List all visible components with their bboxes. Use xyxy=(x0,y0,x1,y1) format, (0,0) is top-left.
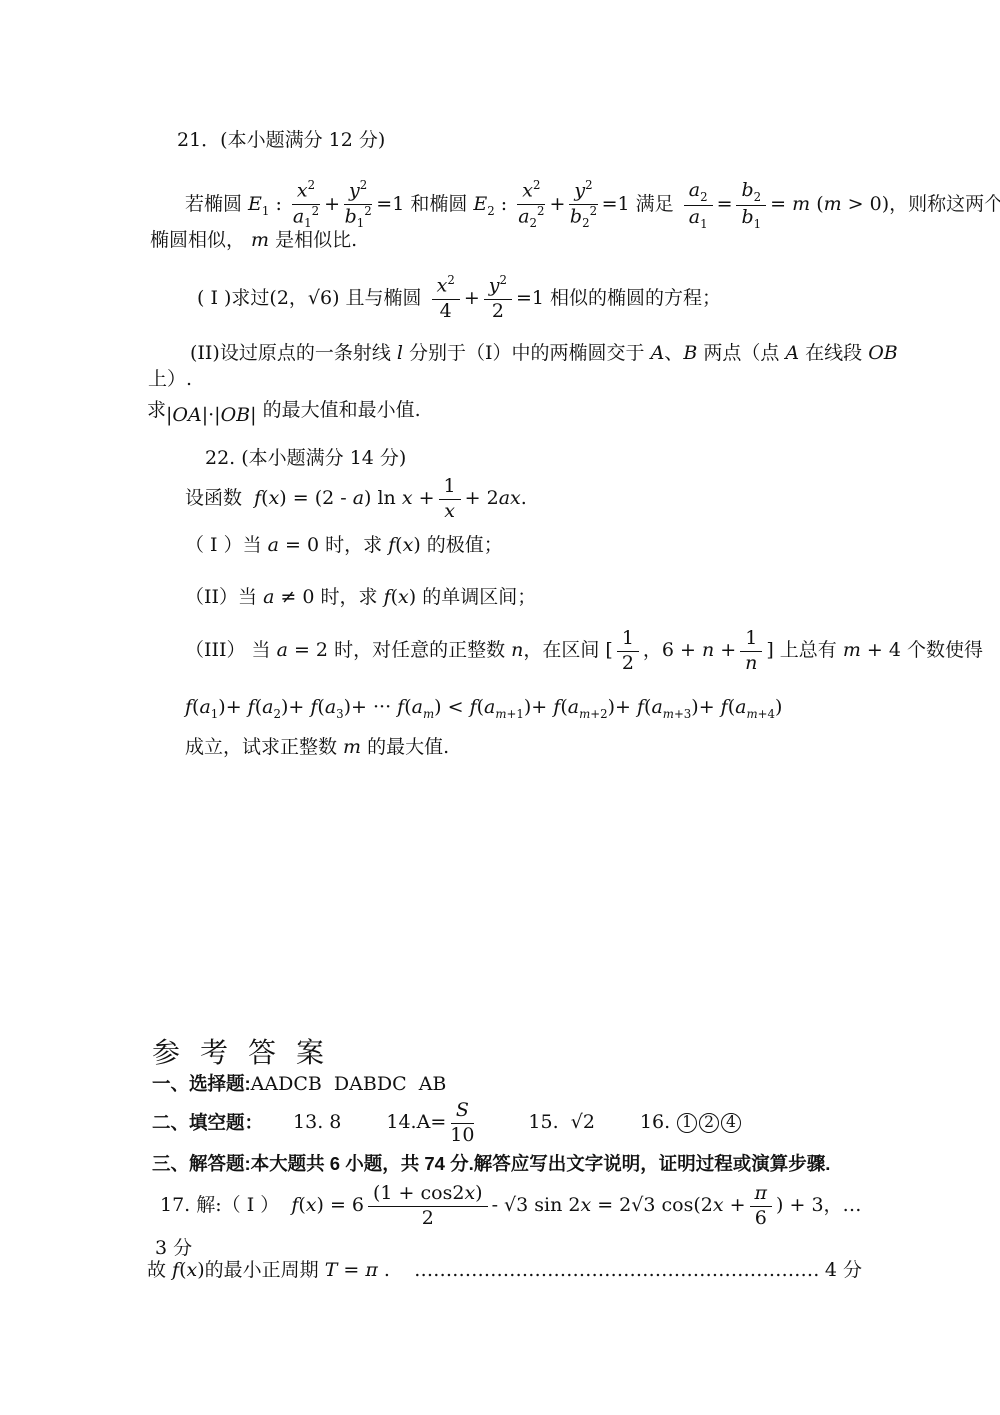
answer-item-16-pre: 16. xyxy=(640,1110,676,1136)
q21-intro-wrap-text: 椭圆相似， m 是相似比. xyxy=(150,228,357,254)
q22-func-post: + 2ax. xyxy=(465,486,527,512)
fraction-numerator: b2 xyxy=(736,180,766,206)
fraction-1pluscos2x-2: (1 + cos2x) 2 xyxy=(368,1183,488,1230)
fraction-denominator: 6 xyxy=(755,1207,767,1230)
answers-section2: 二、填空题： 13. 8 14.A= S 10 15. √2 16. 1 2 4 xyxy=(152,1098,742,1148)
q21-intro-eq4: = m (m > 0)， xyxy=(770,192,908,218)
q21-part1-post: 相似的椭圆的方程； xyxy=(544,286,721,312)
fraction-pi-6: π 6 xyxy=(750,1183,773,1230)
q22-part1-text: （ I ）当 a = 0 时，求 f(x) 的极值； xyxy=(185,533,503,559)
answers-heading: 参考答案 xyxy=(152,1034,344,1072)
q22-closing-text: 成立，试求正整数 m 的最大值. xyxy=(185,735,449,761)
q21-intro-eq2: =1 xyxy=(602,192,630,218)
fraction-numerator: y2 xyxy=(569,180,597,204)
q21-part1-plus: + xyxy=(464,286,480,312)
circled-number-4: 4 xyxy=(721,1113,741,1133)
q22-part2: （II）当 a ≠ 0 时，求 f(x) 的单调区间； xyxy=(185,580,536,616)
answers-section1-content: AADCB DABDC AB xyxy=(251,1072,447,1098)
answers-section2-label: 二、填空题： xyxy=(152,1111,263,1136)
q22-function: 设函数 f(x) = (2 - a) ln x + 1 x + 2ax. xyxy=(185,470,527,528)
fraction-denominator: b22 xyxy=(570,205,597,230)
q21-intro-pre: 若椭圆 E1 : xyxy=(185,192,288,218)
fraction-numerator: (1 + cos2x) xyxy=(368,1183,488,1207)
fraction-denominator: 2 xyxy=(622,652,634,675)
q17-post: ) + 3， xyxy=(776,1193,843,1219)
fraction-x2-a1: x2 a12 xyxy=(292,180,320,229)
q17-pre: 17. 解:（ I ） f(x) = 6 xyxy=(160,1193,364,1219)
q17-mid: - √3 sin 2x = 2√3 cos(2x + xyxy=(492,1193,746,1219)
answers-section1: 一、选择题: AADCB DABDC AB xyxy=(152,1072,446,1098)
exam-document-page: 21．(本小题满分 12 分) 若椭圆 E1 : x2 a12 + y2 b12… xyxy=(0,0,1000,1415)
q21-part1: ( I )求过(2，√6) 且与椭圆 x2 4 + y2 2 =1 相似的椭圆的… xyxy=(197,268,721,330)
answers-q17b-line: 故 f(x)的最小正周期 T = π . …………………………………………………… xyxy=(147,1258,862,1284)
fraction-numerator: a2 xyxy=(684,180,713,206)
q22-func-pre: 设函数 f(x) = (2 - a) ln x + xyxy=(185,486,435,512)
q22-part2-text: （II）当 a ≠ 0 时，求 f(x) 的单调区间； xyxy=(185,585,536,611)
answers-heading-text: 参考答案 xyxy=(152,1034,344,1072)
answers-section3-text: 三、解答题:本大题共 6 小题，共 74 分.解答应写出文字说明，证明过程或演算… xyxy=(152,1152,830,1177)
fraction-numerator: S xyxy=(451,1100,474,1124)
fraction-y2-b1: y2 b12 xyxy=(344,180,372,229)
q21-part1-pre: ( I )求过(2，√6) 且与椭圆 xyxy=(197,286,428,312)
fraction-denominator: b12 xyxy=(345,205,372,230)
fraction-denominator: a1 xyxy=(689,206,708,231)
q21-intro-eq1: =1 xyxy=(376,192,404,218)
answers-section1-label: 一、选择题: xyxy=(152,1072,251,1097)
fraction-b2-b1: b2 b1 xyxy=(736,180,766,230)
q22-title: 22. (本小题满分 14 分) xyxy=(205,446,406,472)
fraction-x2-4: x2 4 xyxy=(432,275,460,322)
q17-dot-leader: ………………… xyxy=(843,1193,862,1219)
oa-ob-expression: |OA|·|OB| xyxy=(166,403,257,429)
q21-intro-plus2: + xyxy=(549,192,565,218)
q22-part3: （III） 当 a = 2 时，对任意的正整数 n，在区间 [ 1 2 ，6 +… xyxy=(185,622,983,680)
q21-intro-eq3: = xyxy=(717,192,733,218)
answers-section3: 三、解答题:本大题共 6 小题，共 74 分.解答应写出文字说明，证明过程或演算… xyxy=(152,1152,830,1177)
q21-part2-line2-text: 上）. xyxy=(148,367,192,393)
fraction-denominator: 10 xyxy=(450,1124,474,1147)
q21-intro-plus1: + xyxy=(324,192,340,218)
fraction-y2-b2: y2 b22 xyxy=(569,180,597,229)
fraction-denominator: 2 xyxy=(492,300,504,323)
fraction-s-10: S 10 xyxy=(450,1100,474,1147)
q21-title-text: 21．(本小题满分 12 分) xyxy=(177,128,385,154)
fraction-y2-2: y2 2 xyxy=(484,275,512,322)
fraction-denominator: 2 xyxy=(422,1207,434,1230)
q22-title-text: 22. (本小题满分 14 分) xyxy=(205,446,406,472)
fraction-denominator: n xyxy=(745,652,757,675)
q22-sum-inequality: f(a1)+ f(a2)+ f(a3)+ ··· f(am) < f(am+1)… xyxy=(185,695,782,721)
q17b-dot-leader: ……………………………………………………………………………… xyxy=(414,1258,819,1284)
fraction-1-n: 1 n xyxy=(740,628,762,675)
q22-part3-mid: ，6 + n + xyxy=(643,638,736,664)
answer-item-14-pre: 14.A= xyxy=(386,1110,446,1136)
fraction-denominator: a22 xyxy=(518,205,544,230)
q17b-score: 4 分 xyxy=(819,1258,862,1284)
q21-intro-wrap: 椭圆相似， m 是相似比. xyxy=(150,228,357,254)
q22-part1: （ I ）当 a = 0 时，求 f(x) 的极值； xyxy=(185,528,503,564)
fraction-denominator: 4 xyxy=(440,300,452,323)
answer-item-15: 15. √2 xyxy=(528,1110,595,1136)
q21-title: 21．(本小题满分 12 分) xyxy=(177,128,385,154)
fraction-numerator: y2 xyxy=(484,275,512,299)
q21-part2-line1-text: (II)设过原点的一条射线 l 分别于（I）中的两椭圆交于 A、B 两点（点 A… xyxy=(190,341,898,367)
fraction-x2-a2: x2 a22 xyxy=(517,180,545,229)
q21-part2-line3: 求 |OA|·|OB| 的最大值和最小值. xyxy=(147,394,421,428)
fraction-numerator: 1 xyxy=(439,476,461,500)
q22-part3-post: ] 上总有 m + 4 个数使得 xyxy=(766,638,983,664)
circled-number-2: 2 xyxy=(699,1113,719,1133)
fraction-denominator: a12 xyxy=(293,205,319,230)
q21-intro-manzu: 满足 xyxy=(630,192,680,218)
q21-intro-post: 则称这两个 xyxy=(908,192,1000,218)
q22-part3-pre: （III） 当 a = 2 时，对任意的正整数 n，在区间 [ xyxy=(185,638,613,664)
fraction-numerator: x2 xyxy=(432,275,460,299)
fraction-numerator: x2 xyxy=(517,180,545,204)
fraction-denominator: x xyxy=(444,500,455,523)
fraction-a2-a1: a2 a1 xyxy=(684,180,713,230)
q21-part2-line1: (II)设过原点的一条射线 l 分别于（I）中的两椭圆交于 A、B 两点（点 A… xyxy=(190,341,898,367)
q21-part2-line3-post: 的最大值和最小值. xyxy=(257,398,421,424)
fraction-numerator: 1 xyxy=(740,628,762,652)
fraction-denominator: b1 xyxy=(741,206,761,231)
q22-sum-text: f(a1)+ f(a2)+ f(a3)+ ··· f(am) < f(am+1)… xyxy=(185,695,782,721)
fraction-1-x: 1 x xyxy=(439,476,461,523)
q21-part1-eq: =1 xyxy=(516,286,544,312)
fraction-numerator: π xyxy=(750,1183,773,1207)
fraction-1-2: 1 2 xyxy=(617,628,639,675)
q17b-pre: 故 f(x)的最小正周期 T = π . xyxy=(147,1258,414,1284)
fraction-numerator: x2 xyxy=(292,180,320,204)
fraction-numerator: 1 xyxy=(617,628,639,652)
fraction-numerator: y2 xyxy=(344,180,372,204)
q21-part2-line2: 上）. xyxy=(148,367,192,393)
answers-q17-line: 17. 解:（ I ） f(x) = 6 (1 + cos2x) 2 - √3 … xyxy=(160,1180,862,1232)
q22-closing: 成立，试求正整数 m 的最大值. xyxy=(185,735,449,761)
answer-item-13: 13. 8 xyxy=(293,1110,341,1136)
q21-part2-line3-pre: 求 xyxy=(147,398,166,424)
q21-intro-mid: 和椭圆 E2 : xyxy=(404,192,513,218)
circled-number-1: 1 xyxy=(677,1113,697,1133)
